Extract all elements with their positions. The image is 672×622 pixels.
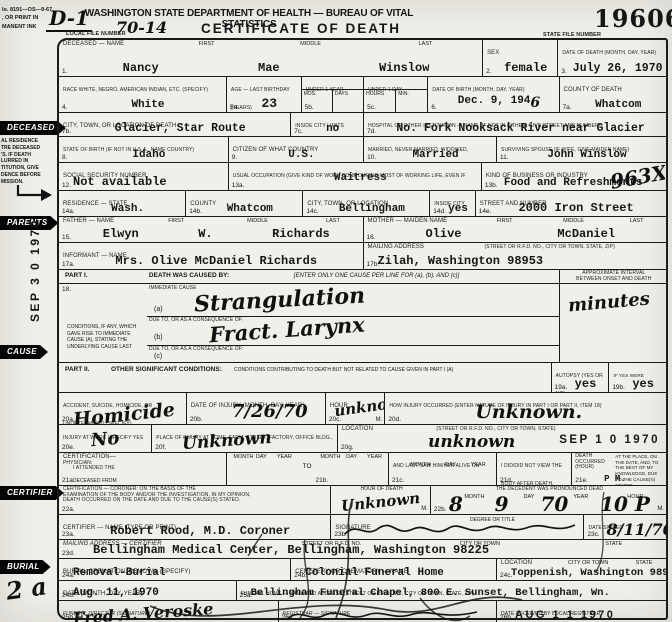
item-number: 12. [62, 182, 71, 189]
value: Whatcom [574, 99, 663, 111]
field-ssn: SOCIAL SECURITY NUMBER 12. Not available [59, 163, 228, 190]
sublabel: LAST [419, 41, 433, 47]
meridiem-label: P M. [604, 474, 626, 484]
certifier-signature-scrawl [341, 519, 581, 539]
field-hour-of-death: HOUR OF DEATH Unknown M. [330, 486, 430, 514]
value: Toppenish, Washington 98948 [511, 567, 663, 579]
field-under-1-day: UNDER 1 DAY HOURS MIN. 5c. [363, 77, 427, 112]
field-certifier-name: CERTIFIER — NAME (TYPE OR PRINT) 23a. Ro… [59, 515, 330, 539]
item-number: 15. [62, 234, 71, 241]
field-deceased-name: DECEASED — NAME FIRST MIDDLE LAST 1. Nan… [59, 40, 482, 76]
item-number: 7b. [62, 128, 71, 135]
item-number: 11. [500, 154, 509, 161]
field-under-1-year: UNDER 1 YEAR MOS. DAYS 5b. [301, 77, 364, 112]
field-kind-of-business: KIND OF BUSINESS OR INDUSTRY 13b. Food a… [481, 163, 666, 190]
document-subtitle: CERTIFICATE OF DEATH [178, 21, 424, 36]
meridiem-label: M. [421, 506, 428, 512]
value: Bellingham Funeral Chapel, 800 E. Sunset… [251, 587, 663, 599]
value: McDaniel [557, 227, 615, 241]
part2-label: PART II. [65, 366, 89, 373]
field-usual-occupation: USUAL OCCUPATION (GIVE KIND OF WORK DONE… [228, 163, 481, 190]
sublabel: MIDDLE [300, 41, 321, 47]
field-cemetery-name: CEMETERY OR CREMATORY — NAME 24b. Coloni… [290, 559, 496, 580]
margin-note-line: AL RESIDENCE [1, 138, 57, 145]
value: Nancy [123, 61, 159, 75]
item-number: 26b. [500, 614, 513, 621]
part1-label: PART I. [65, 272, 88, 279]
field-registrar-signature: REGISTRAR — SIGNATURE 26a. [278, 601, 497, 622]
label: MAILING ADDRESS [368, 244, 425, 251]
sublabel: FIRST [168, 218, 184, 224]
line-b-label: (b) [154, 334, 163, 341]
item-number: 23c. [587, 531, 599, 538]
field-residence-state: RESIDENCE — STATE 14a. Wash. [59, 191, 185, 216]
value: Robert Rood, M.D. Coroner [73, 524, 327, 538]
item-number: 6. [431, 104, 436, 111]
field-informant-name: INFORMANT — NAME 17a. Mrs. Olive McDanie… [59, 243, 363, 269]
certification-physician: CERTIFICATION— PHYSICIAN: I ATTENDED THE… [59, 453, 226, 485]
sublabel: LAST [630, 218, 644, 224]
sep-10-1970-stamp: SEP 1 0 1970 [559, 434, 660, 446]
sublabel: DAY [346, 454, 357, 460]
field-father-name: FATHER — NAME FIRST MIDDLE LAST 15. Elwy… [59, 217, 363, 242]
value: Mae [258, 61, 280, 75]
label: DECEASED — NAME [63, 41, 124, 48]
item-number: 4. [62, 104, 67, 111]
interval-value-cell: minutes [559, 284, 666, 362]
sublabel: MIN. [395, 90, 427, 112]
item-number: 20f. [155, 444, 166, 451]
item-number: 10. [367, 154, 376, 161]
value: U.S. [243, 149, 360, 161]
value: 2000 Iron Street [490, 201, 663, 215]
certificate-form: DECEASED — NAME FIRST MIDDLE LAST 1. Nan… [57, 38, 668, 620]
item-number: 20d. [388, 416, 401, 423]
meridiem-label: M. [657, 506, 664, 512]
field-cemetery-location: LOCATION CITY OR TOWN STATE 24c. Toppeni… [496, 559, 666, 580]
item-number: 20g. [341, 444, 354, 451]
margin-note-line: LURRED IN [1, 158, 57, 165]
item-number: 18. [62, 286, 71, 293]
label: LOCATION [342, 426, 373, 433]
tab-cause: CAUSE [0, 345, 48, 359]
part1-header: PART I. DEATH WAS CAUSED BY: [ENTER ONLY… [59, 270, 559, 283]
field-hospital-or-institution: HOSPITAL OR OTHER INSTITUTION — NAME (IF… [363, 113, 666, 136]
item-number: 7c. [294, 128, 303, 135]
handwritten-pronounced-values: 897010 P [449, 492, 650, 514]
handwritten-interval: minutes [567, 288, 650, 316]
value: White [73, 99, 223, 111]
item-number: 5a. [230, 104, 239, 111]
value: Bellingham Medical Center, Bellingham, W… [93, 543, 663, 557]
aug-11-1970-stamp: AUG 1 1 1970 [515, 609, 615, 621]
label: DEATH OCCURRED ON THE DATE AND DUE TO TH… [63, 498, 328, 504]
field-injury-at-work: INJURY AT WORK (SPECIFY YES OR NO) 20e. … [59, 425, 151, 452]
sublabel: FIRST [199, 41, 215, 47]
item-number: 21d. [500, 477, 513, 484]
sublabel: DAY [445, 462, 456, 468]
item-number: 21e. [575, 477, 588, 484]
residence-margin-note: AL RESIDENCE TRE DECEASED 'S. IF DEATH L… [1, 138, 57, 185]
field-sex: SEX 2. female [482, 40, 557, 76]
tab-deceased: DECEASED [0, 121, 66, 135]
item-number: 20e. [62, 444, 75, 451]
field-mother-maiden-name: MOTHER — MAIDEN NAME FIRST MIDDLE LAST 1… [363, 217, 667, 242]
value: Dec. 9, 194 [458, 95, 531, 111]
interval-header: APPROXIMATE INTERVAL BETWEEN ONSET AND D… [559, 270, 666, 283]
funeral-director-signature: Fred A. Veroske [73, 601, 214, 622]
handwritten-2a: 2 a [4, 571, 48, 605]
value: yes [623, 377, 663, 391]
state-file-number: 19606 [594, 4, 672, 33]
value: yes [566, 377, 606, 391]
line-c-label: (c) [154, 353, 162, 360]
meridiem-label: M. [376, 417, 383, 423]
label: COUNTY OF DEATH [564, 87, 622, 93]
value: Married [378, 149, 493, 161]
field-residence-inside-city-limits: INSIDE CITY LIMITS (SPECIFY YES OR NO) 1… [429, 191, 475, 216]
field-date-received: DATE RECEIVED BY LOCAL REGISTRAR 26b. AU… [496, 601, 666, 622]
label: DATE OF BIRTH (MONTH, DAY, YEAR) [432, 87, 524, 93]
tab-certifier: CERTIFIER [0, 486, 64, 500]
field-date-of-birth: DATE OF BIRTH (MONTH, DAY, YEAR) 6. Dec.… [427, 77, 558, 112]
value: 10 P [600, 492, 650, 514]
sublabel: MONTH [233, 454, 253, 460]
field-marital-status: MARRIED, NEVER MARRIED, WIDOWED, DIVORCE… [363, 137, 496, 162]
handwritten-injury-date: 7/26/70 [232, 401, 308, 422]
item-number: 16. [367, 234, 376, 241]
value: Whatcom [200, 203, 299, 215]
label: (STREET OR R.F.D. NO., CITY OR TOWN, STA… [485, 245, 615, 251]
field-viewed-body: I DID/DID NOT VIEW THE BODY AFTER DEATH.… [496, 453, 571, 485]
value: Olive [425, 227, 461, 241]
margin-arrow-icon [12, 184, 56, 202]
item-number: 21b. [316, 477, 329, 484]
item-number: 8. [62, 154, 67, 161]
value: No. Fork Nooksack River near Glacier [378, 122, 663, 135]
sublabel: STATE [636, 560, 653, 566]
value: Mrs. Olive McDaniel Richards [73, 254, 360, 268]
field-race: RACE WHITE, NEGRO, AMERICAN INDIAN, ETC.… [59, 77, 226, 112]
label: DEATH OCCURRED (HOUR) [575, 454, 616, 471]
value: 9 [495, 492, 509, 514]
value: yes [444, 203, 472, 215]
handwritten-code: 963X [608, 163, 665, 190]
conditions-note: CONDITIONS, IF ANY, WHICH GAVE RISE TO I… [67, 324, 147, 350]
value: Bellingham [317, 203, 426, 215]
field-residence-street: STREET AND NUMBER 14e. 2000 Iron Street [475, 191, 666, 216]
field-date-of-death: DATE OF DEATH (MONTH, DAY, YEAR) 3. July… [557, 40, 666, 76]
sublabel: LAST [326, 218, 340, 224]
sublabel: FIRST [497, 218, 513, 224]
field-autopsy: AUTOPSY (YES OR NO) 19a. yes [551, 363, 609, 392]
label: DECEASED FROM [73, 478, 117, 484]
field-county-of-death: COUNTY OF DEATH 7a. Whatcom [559, 77, 666, 112]
sublabel: YEAR [471, 462, 486, 468]
item-number: 7d. [367, 128, 376, 135]
value: Removal-Burial [73, 567, 287, 579]
item-number: 20b. [190, 416, 203, 423]
value: Richards [272, 227, 330, 241]
death-certificate-scan: lo. 8191—OS—9-67. , OR PRINT IN MANENT I… [0, 0, 672, 622]
label: I ATTENDED THE [63, 466, 224, 472]
field-hour-of-injury: HOUR 20c. unknown M. [325, 393, 384, 424]
field-manner-of-death: ACCIDENT, SUICIDE, HOMICIDE, OR UNDETERM… [59, 393, 186, 424]
field-date-signed: DATE SIGNED (MONTH/DAY/YEAR) 23c. 8/11/7… [583, 515, 666, 539]
registrar-signature-scrawl [283, 607, 483, 622]
value: female [497, 61, 554, 75]
field-age: AGE — LAST BIRTHDAY (YEARS) 5a. 23 [226, 77, 301, 112]
value: Not available [73, 175, 225, 189]
label: IMMEDIATE CAUSE [149, 286, 197, 292]
cause-of-death-block: 18. IMMEDIATE CAUSE (a) Strangulation DU… [59, 284, 559, 362]
sublabel: CITY OR TOWN [568, 560, 608, 566]
sep-30-1970-stamp: SEP 3 0 1970 [28, 218, 42, 322]
item-number: 9. [232, 154, 237, 161]
label: MOTHER — MAIDEN NAME [368, 218, 448, 225]
value: July 26, 1970 [572, 62, 663, 75]
handwritten-injury-at-work: No [90, 428, 120, 451]
field-certifier-mailing-address: MAILING ADDRESS — CERTIFIER STREET OR R.… [59, 540, 666, 558]
margin-note-line: TITUTION, GIVE [1, 165, 57, 172]
value: Aug. 11, 1970 [73, 587, 233, 599]
to-label: TO [303, 463, 312, 470]
label: DUE TO, OR AS A CONSEQUENCE OF: [149, 347, 243, 353]
label: SEX [487, 50, 499, 56]
value: John Winslow [511, 149, 663, 161]
label: BETWEEN ONSET AND DEATH [564, 277, 664, 283]
sublabel: MONTH [410, 462, 430, 468]
value: W. [198, 227, 212, 241]
item-number: 21c. [392, 477, 404, 484]
item-number: 5c. [367, 104, 376, 111]
item-number: 1. [62, 68, 67, 75]
value: 8 [449, 492, 463, 514]
item-number: 22b. [434, 506, 447, 513]
item-number: 2. [486, 68, 491, 75]
field-autopsy-findings-used: IF YES WERE FINDINGS CONSIDERED IN DETER… [608, 363, 666, 392]
field-funeral-director-signature: FUNERAL DIRECTOR (SIGNATURE) 25b. Fred A… [59, 601, 278, 622]
item-number: 22a. [62, 506, 75, 513]
sublabel: YEAR [367, 454, 382, 460]
sublabel: MIDDLE [563, 218, 584, 224]
value: 23 [241, 96, 298, 111]
sublabel: MONTH [320, 454, 340, 460]
part1-caption: DEATH WAS CAUSED BY: [149, 272, 229, 279]
label: LOCATION [501, 560, 532, 567]
value: Winslow [379, 61, 429, 75]
handwritten-location: unknown [428, 432, 515, 452]
field-how-injury-occurred: HOW INJURY OCCURRED (ENTER NATURE OF INJ… [384, 393, 666, 424]
field-residence-county: COUNTY 14b. Whatcom [185, 191, 302, 216]
certification-attended-dates: MONTH DAY YEAR TO MONTH DAY YEAR 21b. [226, 453, 388, 485]
margin-note-line: DENCE BEFORE [1, 172, 57, 179]
part2-note: CONDITIONS CONTRIBUTING TO DEATH BUT NOT… [234, 367, 545, 373]
part1-note: [ENTER ONLY ONE CAUSE PER LINE FOR (a), … [294, 273, 459, 279]
item-number: 7a. [563, 104, 572, 111]
value: Wash. [73, 203, 182, 215]
margin-note-line: 'S. IF DEATH [1, 152, 57, 159]
handwritten-date-signed: 8/11/70 [606, 520, 666, 539]
part2-caption: OTHER SIGNIFICANT CONDITIONS: [111, 366, 222, 373]
item-number: 23d. [62, 550, 75, 557]
value: no [305, 123, 360, 135]
field-inside-city-limits-death: INSIDE CITY LIMITS (SPECIFY YES OR NO) 7… [290, 113, 363, 136]
field-disposition-date: DATE (MONTH, DAY, YEAR) 24d. Aug. 11, 19… [59, 581, 236, 600]
item-number: 5b. [305, 104, 314, 111]
sublabel: MIDDLE [247, 218, 268, 224]
field-disposition-type: BURIAL, CREMATION, REMOVAL (SPECIFY) 24a… [59, 559, 290, 580]
handwritten-how-injury: Unknown. [475, 401, 582, 423]
handwritten-correction: 6 [530, 95, 540, 111]
sublabel: DAY [256, 454, 267, 460]
part2-other-conditions: PART II. OTHER SIGNIFICANT CONDITIONS: C… [59, 363, 551, 392]
value: Glacier, Star Route [73, 122, 287, 135]
field-surviving-spouse: SURVIVING SPOUSE (IF WIFE, GIVE MAIDEN N… [496, 137, 666, 162]
item-number: 13b. [485, 182, 498, 189]
field-place-of-injury: PLACE OF INJURY AT HOME, FARM, STREET, F… [151, 425, 337, 452]
field-citizen-of: CITIZEN OF WHAT COUNTRY 9. U.S. [228, 137, 363, 162]
field-state-of-birth: STATE OF BIRTH (IF NOT IN U.S.A., NAME C… [59, 137, 228, 162]
label: FATHER — NAME [63, 218, 114, 225]
field-pronounced-dead: THE DECEDENT WAS PRONOUNCED DEAD MONTHDA… [430, 486, 666, 514]
value: Zilah, Washington 98953 [378, 254, 664, 268]
field-injury-location: LOCATION (STREET OR R.F.D. NO., CITY OR … [337, 425, 666, 452]
field-informant-mailing-address: MAILING ADDRESS (STREET OR R.F.D. NO., C… [363, 243, 667, 269]
value: Idaho [73, 149, 225, 161]
handwritten-hour-of-death: Unknown [341, 489, 422, 514]
field-funeral-home: FUNERAL HOME — NAME AND ADDRESS (STREET … [236, 581, 666, 600]
certification-coroner: CERTIFICATION — CORONER: ON THE BASIS OF… [59, 486, 330, 514]
label: DATE OF DEATH (MONTH, DAY, YEAR) [562, 50, 656, 56]
field-residence-city: CITY, TOWN, OR LOCATION 14c. Bellingham [302, 191, 429, 216]
margin-note-line: TRE DECEASED [1, 145, 57, 152]
value: Waitress [243, 172, 478, 184]
value: Colonial Funeral Home [305, 567, 493, 579]
field-city-of-death: CITY, TOWN, OR LOCATION OF DEATH 7b. Gla… [59, 113, 290, 136]
field-certifier-signature: SIGNATURE DEGREE OR TITLE 23b. [330, 515, 583, 539]
line-a-label: (a) [154, 306, 163, 313]
value: 70 [540, 492, 568, 514]
field-death-occurred-hour: DEATH OCCURRED (HOUR) AT THE PLACE, ON T… [571, 453, 666, 485]
field-date-of-injury: DATE OF INJURY (MONTH, DAY, YEAR) 20b. 7… [186, 393, 325, 424]
sublabel: YEAR [277, 454, 292, 460]
label: RACE WHITE, NEGRO, AMERICAN INDIAN, ETC.… [63, 87, 208, 93]
sublabel: DAYS [332, 90, 363, 112]
handwritten-place-of-injury: Unknown [182, 428, 273, 452]
item-number: 21a. [62, 477, 75, 484]
item-number: 3. [561, 68, 566, 75]
value: Elwyn [103, 227, 139, 241]
field-last-saw-alive: AND LAST SAW HIM/HER ALIVE ON MONTHDAYYE… [388, 453, 496, 485]
